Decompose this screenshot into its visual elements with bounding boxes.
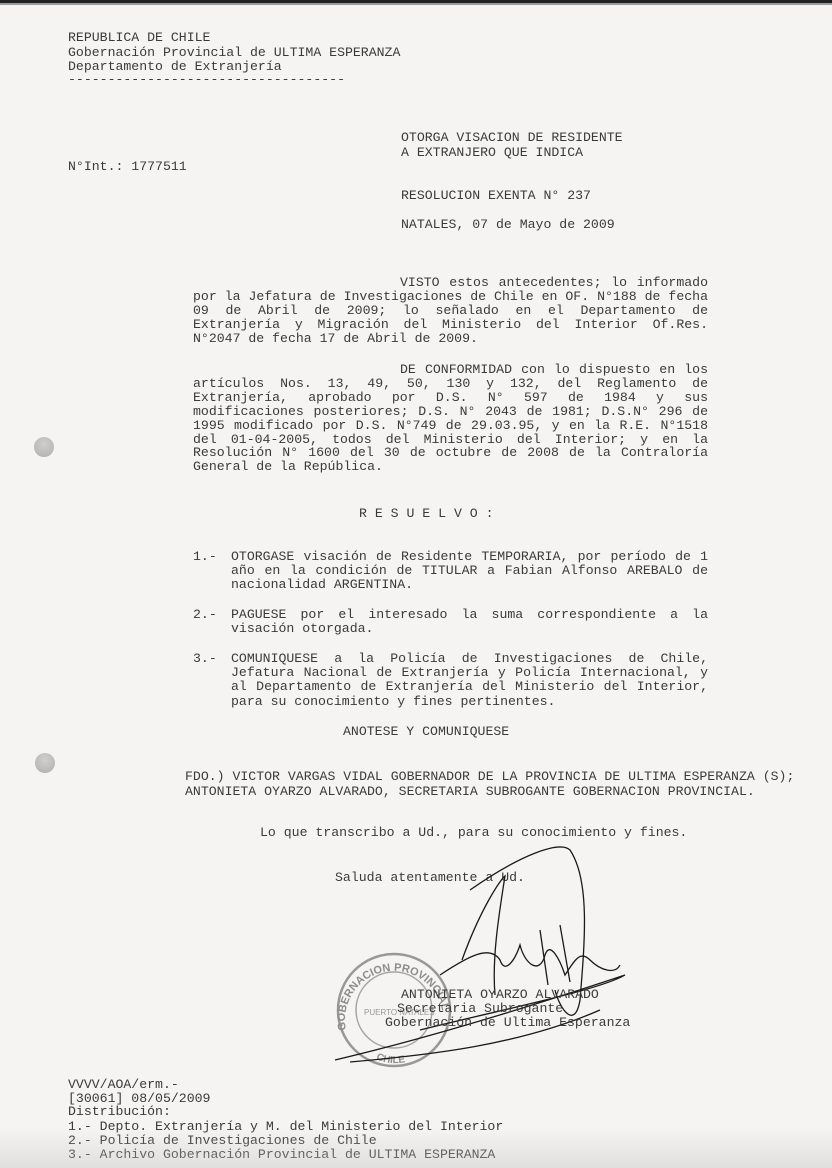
signatory-office: Gobernación de Ultima Esperanza xyxy=(385,1016,630,1031)
scan-bottom-fade xyxy=(0,1128,832,1168)
distribution-label: Distribución: xyxy=(68,1105,171,1120)
